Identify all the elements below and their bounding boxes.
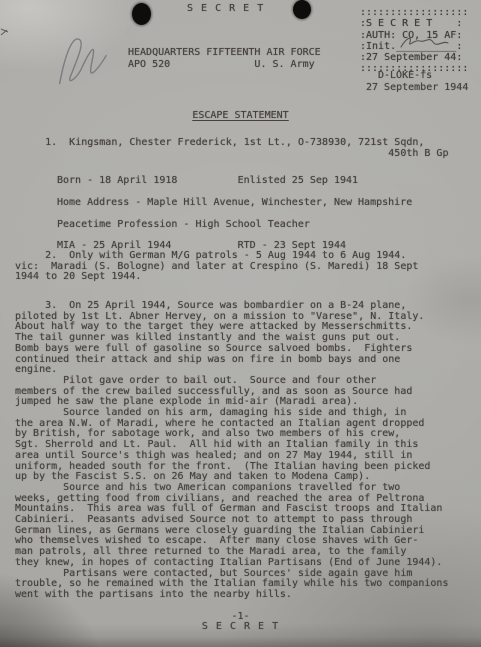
paragraph-2-enemy-contact: 2. Only with German M/G patrols - 5 Aug … — [15, 251, 418, 283]
paragraph-1-identification: 1. Kingsman, Chester Frederick, 1st Lt.,… — [15, 138, 448, 159]
letterhead-org: HEADQUARTERS FIFTEENTH AIR FORCE — [128, 48, 321, 59]
document-title-text: ESCAPE STATEMENT — [192, 110, 288, 121]
init-signature-handwriting — [398, 34, 452, 52]
reference-code: D-LOKE-fs — [378, 71, 432, 82]
pencil-scribble-handwriting — [41, 15, 135, 98]
document-page: S E C R E T HEADQUARTERS FIFTEENTH AIR F… — [0, 0, 481, 647]
paragraph-3-narrative: 3. On 25 April 1944, Source was bombardi… — [15, 301, 448, 601]
edge-mark-handwriting — [0, 26, 12, 38]
classification-top: S E C R E T — [187, 4, 264, 15]
letterhead-apo-army: APO 520 U. S. Army — [128, 60, 315, 71]
classification-bottom: S E C R E T — [0, 622, 481, 633]
document-date: 27 September 1944 — [366, 83, 468, 94]
hole-punch-right — [293, 0, 311, 19]
hole-punch-left — [132, 3, 151, 25]
document-title: ESCAPE STATEMENT — [0, 111, 481, 122]
personal-details: Born - 18 April 1918 Enlisted 25 Sep 194… — [57, 170, 412, 257]
